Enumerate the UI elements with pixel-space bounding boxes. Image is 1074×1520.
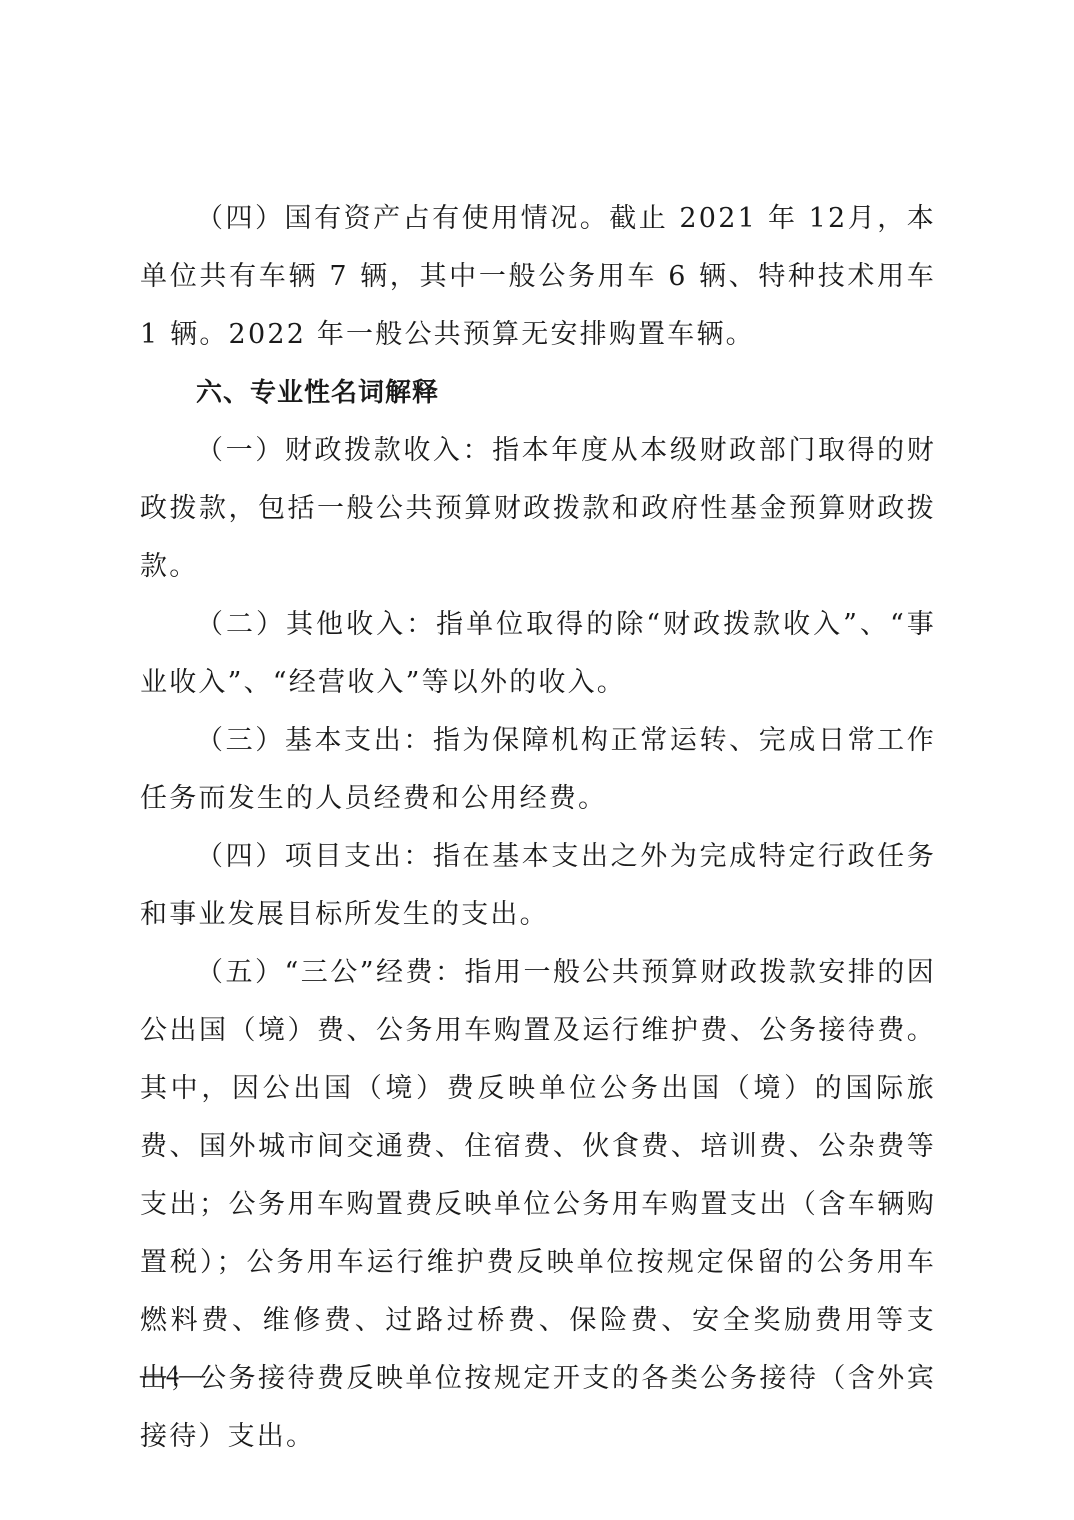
definition-fiscal-appropriation-income: （一）财政拨款收入：指本年度从本级财政部门取得的财政拨款，包括一般公共预算财政拨… xyxy=(140,422,936,596)
page-number: —4— xyxy=(140,1360,205,1390)
definition-basic-expenditure: （三）基本支出：指为保障机构正常运转、完成日常工作任务而发生的人员经费和公用经费… xyxy=(140,712,936,828)
section-heading: 六、专业性名词解释 xyxy=(140,364,936,422)
paragraph-state-assets: （四）国有资产占有使用情况。截止 2021 年 12月，本单位共有车辆 7 辆，… xyxy=(140,190,936,364)
document-body: （四）国有资产占有使用情况。截止 2021 年 12月，本单位共有车辆 7 辆，… xyxy=(140,190,936,1466)
definition-project-expenditure: （四）项目支出：指在基本支出之外为完成特定行政任务和事业发展目标所发生的支出。 xyxy=(140,828,936,944)
definition-other-income: （二）其他收入：指单位取得的除“财政拨款收入”、“事业收入”、“经营收入”等以外… xyxy=(140,596,936,712)
definition-three-public-expenses: （五）“三公”经费：指用一般公共预算财政拨款安排的因公出国（境）费、公务用车购置… xyxy=(140,944,936,1466)
